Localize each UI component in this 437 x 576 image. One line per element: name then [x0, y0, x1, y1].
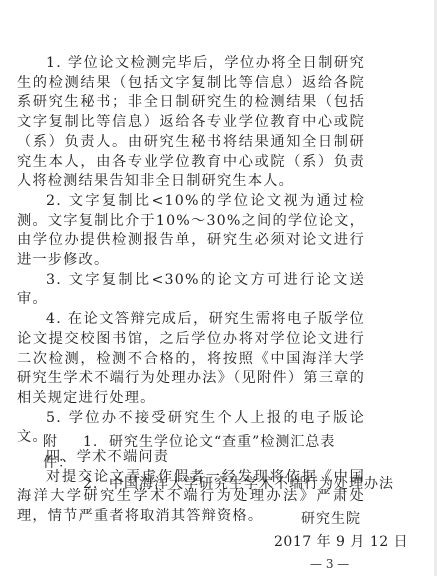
- attachments-list: 附件： 1. 研究生学位论文“查重”检测汇总表 2. 中国海洋大学研究生学术不端…: [43, 432, 394, 495]
- paragraph-3: 3. 文字复制比<30%的论文方可进行论文送审。: [17, 271, 365, 310]
- document-page: 1. 学位论文检测完毕后，学位办将全日制研究生的检测结果（包括文字复制比等信息）…: [0, 0, 434, 576]
- attachment-item: 2. 中国海洋大学研究生学术不端行为处理办法: [43, 474, 394, 495]
- paragraph-1: 1. 学位论文检测完毕后，学位办将全日制研究生的检测结果（包括文字复制比等信息）…: [17, 54, 365, 192]
- attachment-number: 2.: [83, 474, 109, 495]
- attachment-number: 1.: [83, 432, 109, 474]
- page-number: — 3 —: [310, 557, 349, 571]
- document-date: 2017 年 9 月 12 日: [274, 531, 408, 551]
- attachment-title: 中国海洋大学研究生学术不端行为处理办法: [109, 474, 394, 495]
- paragraph-2: 2. 文字复制比<10%的学位论文视为通过检测。文字复制比介于10%～30%之间…: [17, 192, 365, 271]
- attachment-item: 附件： 1. 研究生学位论文“查重”检测汇总表: [43, 432, 394, 474]
- attachment-title: 研究生学位论文“查重”检测汇总表: [109, 432, 335, 474]
- paragraph-4: 4. 在论文答辩完成后，研究生需将电子版学位论文提交校图书馆，之后学位办将对学位…: [17, 310, 365, 409]
- attachments-label: 附件：: [43, 432, 83, 474]
- signature: 研究生院: [301, 508, 361, 528]
